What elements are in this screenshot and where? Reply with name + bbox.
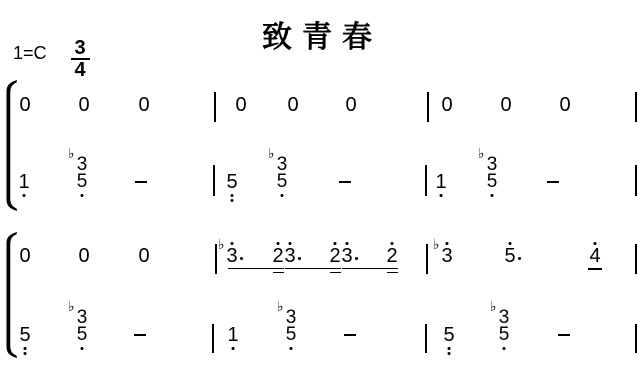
octave-dot-below-icon	[231, 199, 234, 202]
note-digit: 5	[19, 325, 30, 345]
octave-dot-below-icon	[448, 352, 451, 355]
octave-dot-below-icon	[281, 194, 284, 197]
note-digit: 1	[18, 172, 29, 192]
system-bracket-icon	[3, 80, 17, 211]
barline	[214, 92, 216, 122]
sixteenth-beam-line	[330, 272, 341, 274]
augmentation-dot-icon	[298, 257, 301, 260]
augmentation-dot-icon	[518, 257, 521, 260]
note-digit: 0	[500, 95, 511, 115]
chord-bottom-digit: 5	[286, 325, 297, 344]
octave-dot-below-icon	[231, 194, 234, 197]
barline	[635, 244, 637, 274]
barline	[635, 92, 637, 122]
barline	[212, 324, 214, 353]
barline	[425, 165, 427, 196]
note-digit: 0	[19, 246, 30, 266]
octave-dot-below-icon	[81, 347, 84, 350]
octave-dot-below-icon	[440, 194, 443, 197]
sixteenth-beam-line	[273, 272, 284, 274]
note-digit: 5	[443, 325, 454, 345]
eighth-beam-line	[285, 268, 341, 270]
jianpu-score-sheet: 致青春 1=C 3 4 0 0 0 0 0 0 0 0 0 1 ♭ 3 5 5 …	[0, 0, 643, 365]
flat-icon: ♭	[478, 147, 485, 161]
system-bracket-icon	[3, 232, 17, 358]
flat-icon: ♭	[490, 300, 497, 314]
sustain-dash	[135, 181, 147, 184]
augmentation-dot-icon	[355, 257, 358, 260]
flat-icon: ♭	[68, 300, 75, 314]
octave-dot-below-icon	[232, 347, 235, 350]
note-digit: 0	[138, 246, 149, 266]
chord-bottom-digit: 5	[277, 172, 288, 191]
note-digit: 3	[226, 246, 237, 266]
note-digit: 1	[227, 325, 238, 345]
octave-dot-below-icon	[23, 194, 26, 197]
sustain-dash	[344, 334, 356, 337]
note-digit: 0	[78, 95, 89, 115]
sixteenth-beam-line	[387, 272, 398, 274]
octave-dot-below-icon	[448, 347, 451, 350]
note-digit: 0	[78, 246, 89, 266]
sustain-dash	[134, 334, 146, 337]
note-digit: 3	[284, 246, 295, 266]
note-digit: 5	[226, 172, 237, 192]
flat-icon: ♭	[268, 147, 275, 161]
note-digit: 2	[272, 246, 283, 266]
barline	[213, 165, 215, 196]
key-signature: 1=C	[13, 44, 47, 62]
flat-icon: ♭	[433, 238, 440, 252]
chord-bottom-digit: 5	[499, 325, 510, 344]
octave-dot-below-icon	[81, 194, 84, 197]
note-digit: 0	[559, 95, 570, 115]
octave-dot-below-icon	[24, 347, 27, 350]
sustain-dash	[547, 181, 559, 184]
octave-dot-below-icon	[491, 194, 494, 197]
flat-icon: ♭	[277, 300, 284, 314]
time-signature-denominator: 4	[74, 60, 85, 80]
note-digit: 0	[345, 95, 356, 115]
flat-icon: ♭	[218, 238, 225, 252]
note-digit: 0	[441, 95, 452, 115]
octave-dot-below-icon	[503, 347, 506, 350]
barline	[426, 244, 428, 274]
note-digit: 2	[386, 246, 397, 266]
barline	[425, 324, 427, 353]
chord-bottom-digit: 5	[77, 325, 88, 344]
time-signature-numerator: 3	[74, 38, 85, 58]
chord-bottom-digit: 5	[487, 172, 498, 191]
sustain-dash	[558, 334, 570, 337]
eighth-beam-line	[228, 268, 284, 270]
note-digit: 0	[287, 95, 298, 115]
note-digit: 3	[341, 246, 352, 266]
sustain-dash	[339, 181, 351, 184]
octave-dot-below-icon	[290, 347, 293, 350]
note-digit: 1	[435, 172, 446, 192]
barline	[635, 165, 637, 196]
chord-bottom-digit: 5	[77, 172, 88, 191]
augmentation-dot-icon	[240, 257, 243, 260]
barline	[215, 244, 217, 274]
eighth-underline	[588, 268, 602, 270]
flat-icon: ♭	[68, 147, 75, 161]
octave-dot-below-icon	[24, 352, 27, 355]
barline	[635, 324, 637, 353]
song-title: 致青春	[262, 22, 382, 54]
note-digit: 0	[19, 95, 30, 115]
note-digit: 0	[138, 95, 149, 115]
note-digit: 4	[589, 246, 600, 266]
note-digit: 5	[504, 246, 515, 266]
note-digit: 2	[329, 246, 340, 266]
note-digit: 3	[441, 246, 452, 266]
note-digit: 0	[235, 95, 246, 115]
eighth-beam-line	[342, 268, 398, 270]
barline	[427, 92, 429, 122]
